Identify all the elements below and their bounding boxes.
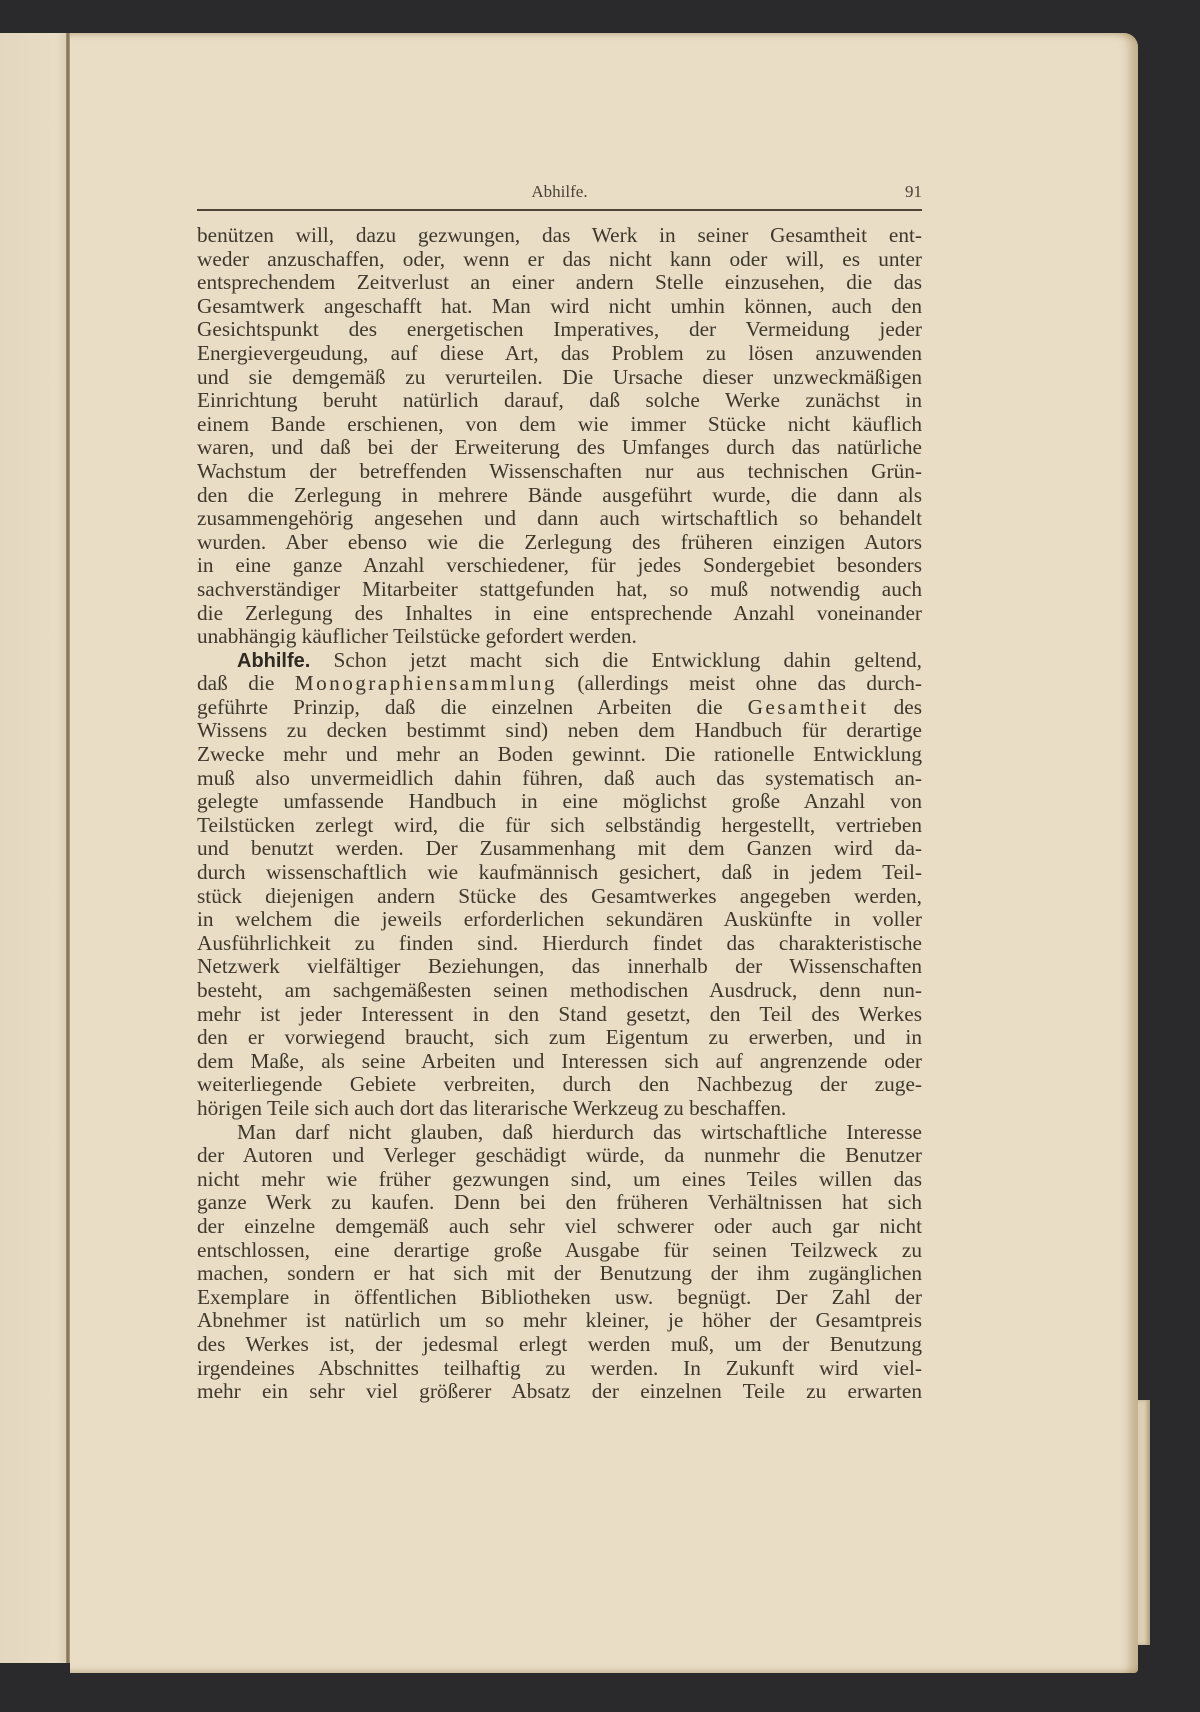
text-line: ganze Werk zu kaufen. Denn bei den frühe… (197, 1191, 922, 1215)
text-line: Energievergeudung, auf diese Art, das Pr… (197, 342, 922, 366)
text-line: benützen will, dazu gezwungen, das Werk … (197, 224, 922, 248)
text-line: Abnehmer ist natürlich um so mehr kleine… (197, 1309, 922, 1333)
text-line: besteht, am sachgemäßesten seinen method… (197, 979, 922, 1003)
text-line: Gesamtwerk angeschafft hat. Man wird nic… (197, 295, 922, 319)
text-line: Zwecke mehr und mehr an Boden gewinnt. D… (197, 743, 922, 767)
text-line: unabhängig käuflicher Teilstücke geforde… (197, 625, 922, 649)
facing-page-edge (0, 33, 70, 1663)
text-fragment: des (869, 695, 922, 719)
text-line: geführte Prinzip, daß die einzelnen Arbe… (197, 696, 922, 720)
text-line: zusammengehörig angesehen und dann auch … (197, 507, 922, 531)
text-line: gelegte umfassende Handbuch in eine mögl… (197, 790, 922, 814)
body-text: benützen will, dazu gezwungen, das Werk … (197, 224, 922, 1404)
text-line: Teilstücken zerlegt wird, die für sich s… (197, 814, 922, 838)
text-line: Netzwerk vielfältiger Beziehungen, das i… (197, 955, 922, 979)
text-line: waren, und daß bei der Erweiterung des U… (197, 436, 922, 460)
paragraph-first-line: Man darf nicht glauben, daß hierdurch da… (197, 1121, 922, 1145)
text-line: durch wissenschaftlich wie kaufmännisch … (197, 861, 922, 885)
text-line: nicht mehr wie früher gezwungen sind, um… (197, 1168, 922, 1192)
text-line: hörigen Teile sich auch dort das literar… (197, 1097, 922, 1121)
text-line: die Zerlegung des Inhaltes in eine entsp… (197, 602, 922, 626)
text-line: stück diejenigen andern Stücke des Gesam… (197, 885, 922, 909)
text-line: mehr ist jeder Interessent in den Stand … (197, 1003, 922, 1027)
text-line: weder anzuschaffen, oder, wenn er das ni… (197, 248, 922, 272)
text-line: Wissens zu decken bestimmt sind) neben d… (197, 719, 922, 743)
text-fragment: geführte Prinzip, daß die einzelnen Arbe… (197, 695, 748, 719)
section-heading: Abhilfe. (237, 650, 310, 672)
text-fragment: Schon jetzt macht sich die Entwicklung d… (334, 648, 923, 672)
text-line: entsprechendem Zeitverlust an einer ande… (197, 271, 922, 295)
text-line: Ausführlichkeit zu finden sind. Hierdurc… (197, 932, 922, 956)
text-line: des Werkes ist, der jedesmal erlegt werd… (197, 1333, 922, 1357)
text-line: den er vorwiegend braucht, sich zum Eige… (197, 1026, 922, 1050)
text-line: wurden. Aber ebenso wie die Zerlegung de… (197, 531, 922, 555)
text-line: einem Bande erschienen, von dem wie imme… (197, 413, 922, 437)
text-line: Gesichtspunkt des energetischen Imperati… (197, 318, 922, 342)
text-line: Einrichtung beruht natürlich darauf, daß… (197, 389, 922, 413)
text-line: Wachstum der betreffenden Wissenschaften… (197, 460, 922, 484)
text-line: in eine ganze Anzahl verschiedener, für … (197, 554, 922, 578)
text-line: dem Maße, als seine Arbeiten und Interes… (197, 1050, 922, 1074)
running-title: Abhilfe. (197, 182, 922, 202)
header-rule (197, 209, 922, 211)
emphasized-term: Monographiensammlung (295, 671, 557, 695)
text-line: der Autoren und Verleger geschädigt würd… (197, 1144, 922, 1168)
text-line: den die Zerlegung in mehrere Bände ausge… (197, 484, 922, 508)
text-line: irgendeines Abschnittes teilhaftig zu we… (197, 1357, 922, 1381)
text-line: und benutzt werden. Der Zusammenhang mit… (197, 837, 922, 861)
text-line: sachverständiger Mitarbeiter stattgefund… (197, 578, 922, 602)
text-line: der einzelne demgemäß auch sehr viel sch… (197, 1215, 922, 1239)
section-first-line: Abhilfe. Schon jetzt macht sich die Entw… (197, 649, 922, 673)
emphasized-term: Gesamtheit (748, 695, 869, 719)
text-line: und sie demgemäß zu verurteilen. Die Urs… (197, 366, 922, 390)
running-header: Abhilfe. 91 (197, 180, 922, 210)
text-line: muß also unvermeidlich dahin führen, daß… (197, 767, 922, 791)
text-line: mehr ein sehr viel größerer Absatz der e… (197, 1380, 922, 1404)
text-fragment: (allerdings meist ohne das durch- (557, 671, 922, 695)
text-line: weiterliegende Gebiete verbreiten, durch… (197, 1073, 922, 1097)
text-line: entschlossen, eine derartige große Ausga… (197, 1239, 922, 1263)
page-stack-edge (1138, 1400, 1150, 1645)
text-line: Exemplare in öffentlichen Bibliotheken u… (197, 1286, 922, 1310)
text-line: in welchem die jeweils erforderlichen se… (197, 908, 922, 932)
text-line: machen, sondern er hat sich mit der Benu… (197, 1262, 922, 1286)
text-line: daß die Monographiensammlung (allerdings… (197, 672, 922, 696)
text-fragment: daß die (197, 671, 295, 695)
page-number: 91 (905, 182, 922, 202)
